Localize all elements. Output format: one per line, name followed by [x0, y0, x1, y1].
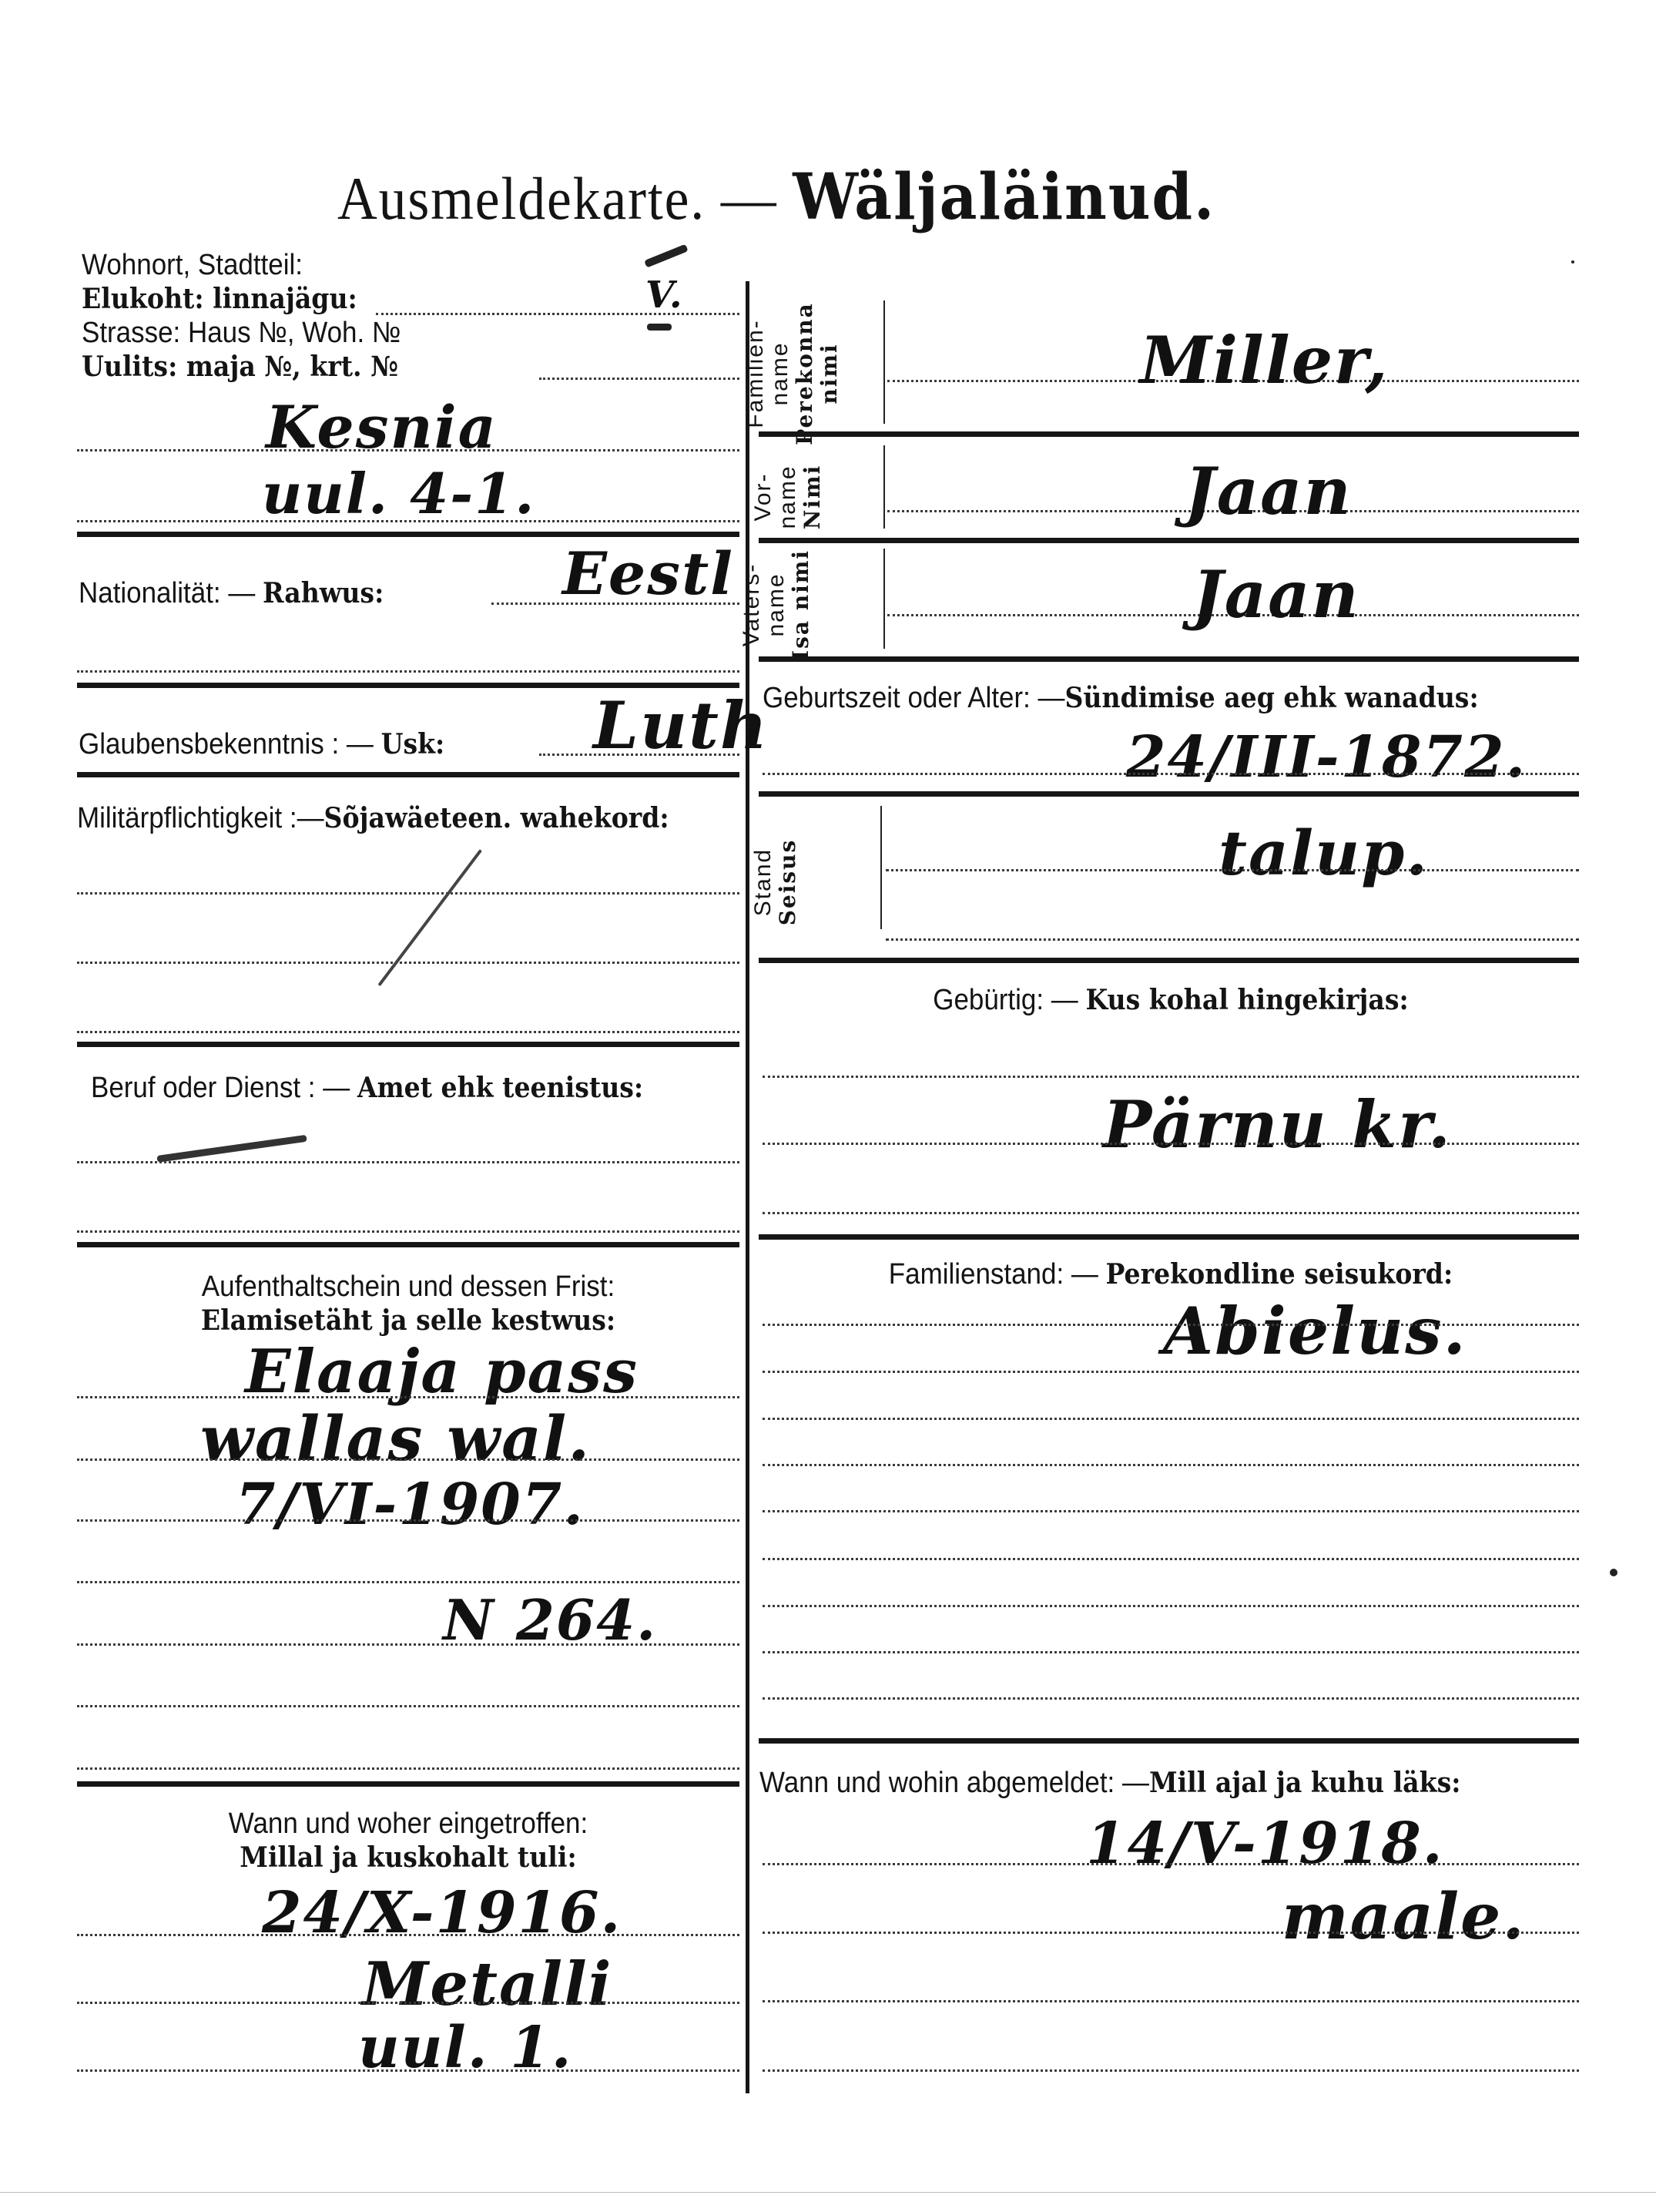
religion-value: Luth [593, 687, 769, 764]
nationality-value: Eestl [562, 539, 734, 608]
residence-permit-line-2 [77, 1458, 739, 1461]
military-line-1 [77, 892, 739, 895]
marital-line-5 [763, 1510, 1579, 1512]
marital-line-6 [763, 1558, 1579, 1560]
departure-label: Wann und wohin abgemeldet: —Mill ajal ja… [759, 1766, 1460, 1800]
rule-left-6 [77, 1781, 739, 1787]
marital-line-4 [763, 1464, 1579, 1466]
district-mark-bar-bottom [647, 324, 672, 331]
birth-value: 24/III-1872. [1126, 724, 1527, 790]
rule-right-7 [759, 1738, 1579, 1744]
estate-label-divider [880, 806, 882, 929]
rule-right-3 [759, 656, 1579, 662]
residence-permit-line-7 [77, 1767, 739, 1770]
rule-right-5 [759, 958, 1579, 963]
marital-line-1 [763, 1324, 1579, 1326]
title-german: Ausmeldekarte. — [337, 165, 777, 232]
arrival-label-de: Wann und woher eingetroffen: [103, 1807, 712, 1841]
residence-value-1: Kesnia [266, 393, 498, 462]
arrival-line-3 [77, 2069, 739, 2072]
military-line-2 [77, 962, 739, 964]
nationality-line-2 [77, 670, 739, 673]
marital-line-3 [763, 1418, 1579, 1420]
estate-value: talup. [1219, 817, 1429, 889]
military-value-slash [377, 849, 482, 986]
arrival-line-2 [77, 2002, 739, 2004]
rule-right-6 [759, 1234, 1579, 1240]
patronymic-label-divider [883, 549, 885, 649]
estate-label: Stand Seisus [751, 836, 820, 928]
residence-permit-line-6 [77, 1705, 739, 1707]
residence-line-2 [539, 378, 739, 380]
first-name-label-divider [883, 445, 885, 529]
residence-permit-value-3: 7/VI-1907. [236, 1472, 585, 1538]
marital-value: Abielus. [1163, 1293, 1467, 1369]
title-estonian: Wäljaläinud. [793, 160, 1215, 234]
marital-label: Familienstand: — Perekondline seisukord: [795, 1257, 1546, 1291]
scan-bottom-edge [0, 2192, 1656, 2193]
marital-line-2 [763, 1371, 1579, 1373]
surname-label: Familien- name Perekonna nimi [743, 297, 813, 451]
residence-permit-line-3 [77, 1519, 739, 1522]
residence-line-1 [376, 313, 739, 315]
military-line-3 [77, 1031, 739, 1033]
rule-right-1 [759, 431, 1579, 437]
occupation-label: Beruf oder Dienst : — Amet ehk teenistus… [91, 1071, 643, 1105]
departure-value-1: 14/V-1918. [1086, 1811, 1443, 1877]
rule-right-2 [759, 538, 1579, 543]
surname-value: Miller, [1140, 322, 1389, 398]
residence-label-de-1: Wohnort, Stadtteil: [82, 248, 303, 282]
origin-label: Gebürtig: — Kus kohal hingekirjas: [795, 983, 1546, 1017]
origin-line-3 [763, 1212, 1579, 1214]
occupation-value-dash [156, 1135, 307, 1163]
first-name-label: Vor- name Nimi [751, 451, 820, 543]
district-mark-bar-top [644, 244, 689, 268]
rule-left-3 [77, 772, 739, 777]
residence-label-et-1: Elukoht: linnajägu: [82, 282, 357, 316]
rule-left-4 [77, 1042, 739, 1047]
card-title: Ausmeldekarte. — Wäljaläinud. [337, 160, 1215, 234]
scan-speck [1610, 1569, 1617, 1576]
departure-line-3 [763, 2000, 1579, 2002]
birth-label: Geburtszeit oder Alter: —Sündimise aeg e… [763, 681, 1479, 715]
departure-value-2: maale. [1282, 1880, 1526, 1954]
residence-permit-value-2: wallas wal. [200, 1402, 591, 1475]
arrival-value-2: Metalli [362, 1949, 612, 2019]
patronymic-value: Jaan [1192, 556, 1360, 633]
military-label: Militärpflichtigkeit :—Sõjawäeteen. wahe… [77, 801, 669, 835]
residence-permit-line-5 [77, 1643, 739, 1646]
residence-permit-line-4 [77, 1581, 739, 1583]
departure-line-4 [763, 2069, 1579, 2072]
departure-line-2 [763, 1932, 1579, 1934]
origin-line-2 [763, 1143, 1579, 1145]
rule-right-4 [759, 791, 1579, 797]
origin-line-1 [763, 1076, 1579, 1078]
residence-label-de-2: Strasse: Haus №, Woh. № [82, 316, 401, 350]
estate-line-1 [886, 869, 1579, 871]
patronymic-label: Vaters- name Isa nimi [739, 547, 809, 663]
surname-label-divider [883, 300, 885, 424]
nationality-label: Nationalität: — Rahwus: [79, 576, 384, 610]
estate-line-2 [886, 938, 1579, 941]
rule-left-5 [77, 1242, 739, 1247]
rule-left-1 [77, 532, 739, 537]
origin-value: Pärnu kr. [1103, 1086, 1452, 1163]
residence-permit-line-1 [77, 1396, 739, 1398]
residence-value-2: uul. 4-1. [262, 461, 535, 526]
district-mark: V. [645, 274, 684, 317]
occupation-line-2 [77, 1230, 739, 1233]
arrival-label-et: Millal ja kuskohalt tuli: [103, 1841, 712, 1875]
religion-label: Glaubensbekenntnis : — Usk: [79, 727, 444, 761]
birth-line [763, 773, 1579, 775]
scan-speck [1571, 260, 1574, 263]
marital-line-9 [763, 1697, 1579, 1700]
occupation-line-1 [77, 1161, 739, 1163]
marital-line-7 [763, 1605, 1579, 1607]
residence-permit-label-de: Aufenthaltschein und dessen Frist: [103, 1270, 712, 1304]
marital-line-8 [763, 1651, 1579, 1653]
departure-line-1 [763, 1863, 1579, 1865]
arrival-value-1: 24/X-1916. [262, 1880, 622, 1946]
residence-permit-label-et: Elamisetäht ja selle kestwus: [103, 1304, 712, 1338]
first-name-value: Jaan [1185, 453, 1353, 529]
arrival-line-1 [77, 1934, 739, 1936]
residence-label-et-2: Uulits: maja №, krt. № [82, 350, 398, 384]
